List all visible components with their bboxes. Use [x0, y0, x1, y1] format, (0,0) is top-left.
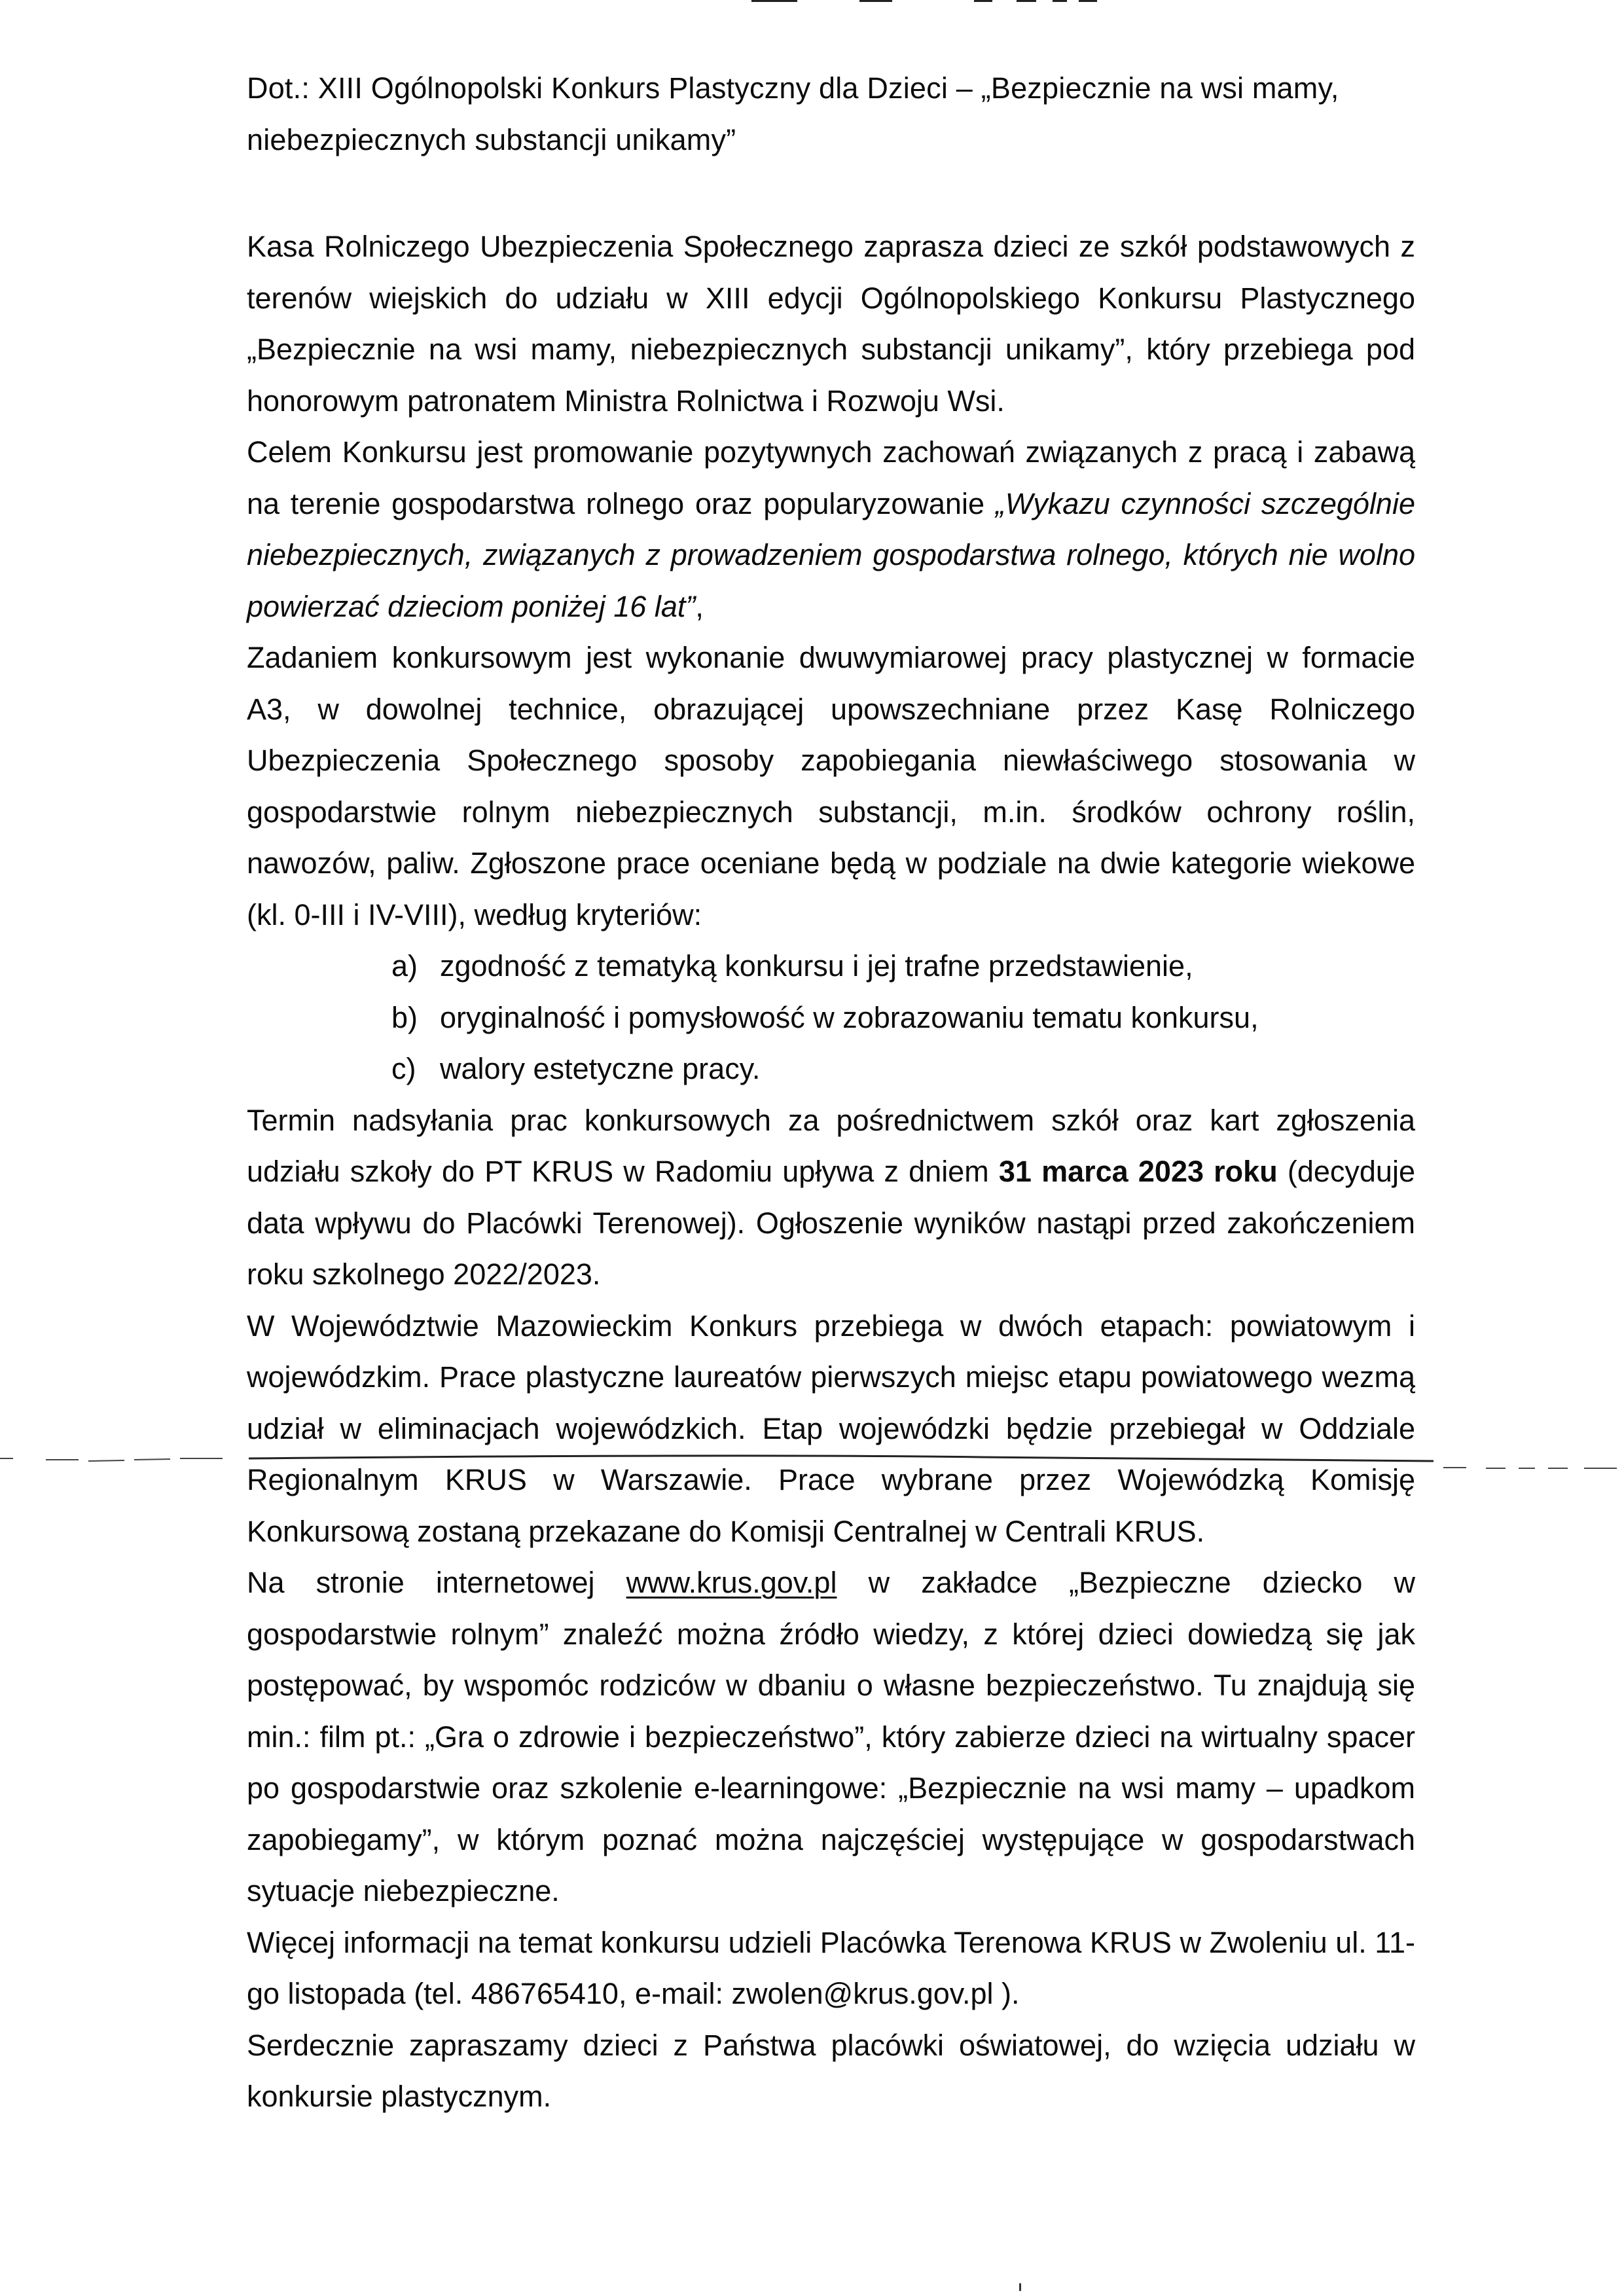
- paragraph-task: Zadaniem konkursowym jest wykonanie dwuw…: [247, 632, 1415, 941]
- deadline-date: 31 marca 2023 roku: [999, 1155, 1278, 1188]
- paragraph-contact: Więcej informacji na temat konkursu udzi…: [247, 1917, 1415, 2020]
- letter-body: Dot.: XIII Ogólnopolski Konkurs Plastycz…: [247, 63, 1415, 2123]
- criteria-text: oryginalność i pomysłowość w zobrazowani…: [440, 992, 1259, 1044]
- website-text: Na stronie internetowej: [247, 1566, 626, 1599]
- criteria-list: a) zgodność z tematyką konkursu i jej tr…: [247, 941, 1415, 1095]
- criteria-marker: c): [391, 1043, 440, 1095]
- criteria-item: a) zgodność z tematyką konkursu i jej tr…: [391, 941, 1415, 992]
- criteria-item: c) walory estetyczne pracy.: [391, 1043, 1415, 1095]
- criteria-marker: a): [391, 941, 440, 992]
- paragraph-closing: Serdecznie zapraszamy dzieci z Państwa p…: [247, 2020, 1415, 2123]
- subject-line-2: niebezpiecznych substancji unikamy”: [247, 115, 1415, 166]
- goal-suffix: ,: [695, 590, 704, 623]
- scan-artifact-top-marks: [751, 0, 1118, 4]
- criteria-text: walory estetyczne pracy.: [440, 1043, 760, 1095]
- paragraph-stages: W Województwie Mazowieckim Konkurs przeb…: [247, 1301, 1415, 1558]
- paragraph-invitation: Kasa Rolniczego Ubezpieczenia Społeczneg…: [247, 221, 1415, 427]
- subject-line-1: Dot.: XIII Ogólnopolski Konkurs Plastycz…: [247, 63, 1415, 115]
- scan-artifact-speck: [1019, 2283, 1021, 2291]
- criteria-item: b) oryginalność i pomysłowość w zobrazow…: [391, 992, 1415, 1044]
- criteria-marker: b): [391, 992, 440, 1044]
- paragraph-website: Na stronie internetowej www.krus.gov.pl …: [247, 1557, 1415, 1917]
- krus-website-link[interactable]: www.krus.gov.pl: [626, 1566, 837, 1599]
- paragraph-goal: Celem Konkursu jest promowanie pozytywny…: [247, 427, 1415, 632]
- paragraph-deadline: Termin nadsyłania prac konkursowych za p…: [247, 1095, 1415, 1301]
- subject-line: Dot.: XIII Ogólnopolski Konkurs Plastycz…: [247, 63, 1415, 166]
- criteria-text: zgodność z tematyką konkursu i jej trafn…: [440, 941, 1193, 992]
- website-rest: w zakładce „Bezpieczne dziecko w gospoda…: [247, 1566, 1415, 1907]
